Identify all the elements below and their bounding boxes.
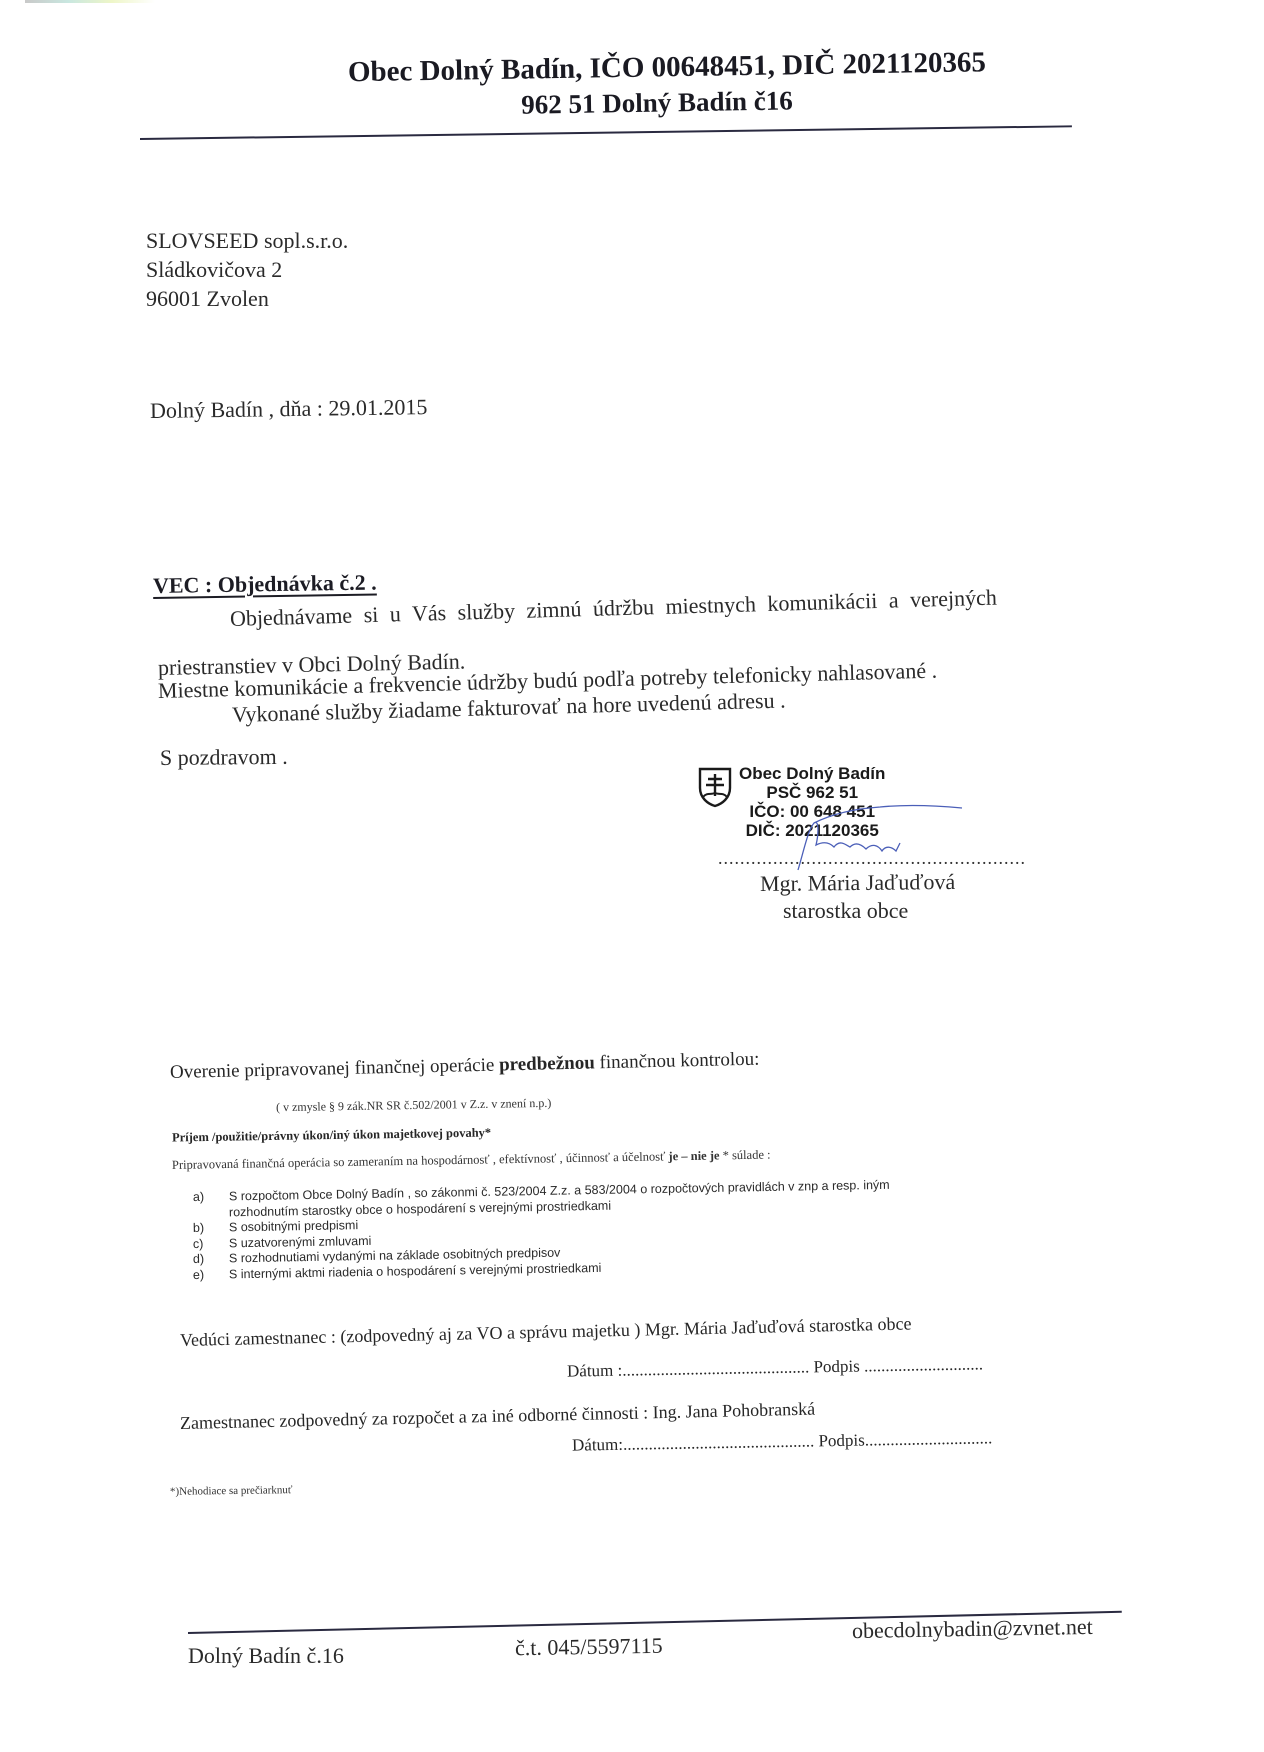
list-marker: d) <box>193 1251 229 1267</box>
subject-heading: VEC : Objednávka č.2 . <box>153 569 377 599</box>
stamp-line-postcode: PSČ 962 51 <box>739 783 885 802</box>
employee-date-signature: Dátum:..................................… <box>572 1428 993 1455</box>
addressee-company: SLOVSEED sopl.s.r.o. <box>146 226 348 255</box>
date-line: Dolný Badín , dňa : 29.01.2015 <box>150 394 428 424</box>
list-marker: b) <box>193 1220 229 1236</box>
letterhead-line-2: 962 51 Dolný Badín č16 <box>471 85 793 121</box>
responsible-budget-employee: Zamestnanec zodpovedný za rozpočet a za … <box>180 1399 816 1434</box>
signer-name: Mgr. Mária Jaďuďová <box>760 869 956 897</box>
list-marker: e) <box>193 1267 229 1283</box>
control-criteria-list: a)S rozpočtom Obce Dolný Badín , so záko… <box>193 1190 890 1283</box>
control-intro-end: * súlade : <box>719 1148 770 1163</box>
list-text: S osobitnými predpismi <box>229 1218 358 1236</box>
stamp-line-ico: IČO: 00 648 451 <box>739 802 885 821</box>
signature-line: ........................................… <box>718 848 1026 869</box>
closing-greeting: S pozdravom . <box>160 744 288 771</box>
responsible-manager: Vedúci zamestnanec : (zodpovedný aj za V… <box>180 1313 912 1351</box>
addressee-street: Sládkovičova 2 <box>146 255 348 284</box>
control-intro-text: Pripravovaná finančná operácia so zamera… <box>172 1149 669 1172</box>
stamp-line-name: Obec Dolný Badín <box>739 764 885 783</box>
footer-address: Dolný Badín č.16 <box>188 1643 344 1669</box>
control-title: Overenie pripravovanej finančnej operáci… <box>170 1049 760 1084</box>
control-title-text: Overenie pripravovanej finančnej operáci… <box>170 1055 500 1083</box>
signer-role: starostka obce <box>783 898 908 924</box>
control-title-end: finančnou kontrolou: <box>595 1049 760 1074</box>
manager-date-signature: Dátum :.................................… <box>567 1354 983 1381</box>
addressee-block: SLOVSEED sopl.s.r.o. Sládkovičova 2 9600… <box>146 226 348 313</box>
letterhead-divider <box>140 125 1072 140</box>
footer-phone: č.t. 045/5597115 <box>515 1633 663 1662</box>
control-intro-bold: je – nie je <box>668 1148 719 1163</box>
control-title-bold: predbežnou <box>499 1052 595 1075</box>
slovak-coat-of-arms-icon <box>697 766 733 808</box>
control-intro: Pripravovaná finančná operácia so zamera… <box>172 1148 771 1173</box>
footer-email: obecdolnybadin@zvnet.net <box>852 1614 1093 1644</box>
scan-edge-artifact <box>25 0 155 3</box>
control-law-reference: ( v zmysle § 9 zák.NR SR č.502/2001 v Z.… <box>276 1096 551 1115</box>
control-operation-kind: Príjem /použitie/právny úkon/iný úkon ma… <box>172 1125 491 1145</box>
addressee-city: 96001 Zvolen <box>146 284 348 313</box>
list-marker: c) <box>193 1236 229 1252</box>
stamp-line-dic: DIČ: 2021120365 <box>739 821 885 840</box>
list-marker: a) <box>193 1189 229 1205</box>
footnote: *)Nehodiace sa prečiarknuť <box>170 1484 293 1498</box>
stamp-text: Obec Dolný Badín PSČ 962 51 IČO: 00 648 … <box>739 764 885 840</box>
